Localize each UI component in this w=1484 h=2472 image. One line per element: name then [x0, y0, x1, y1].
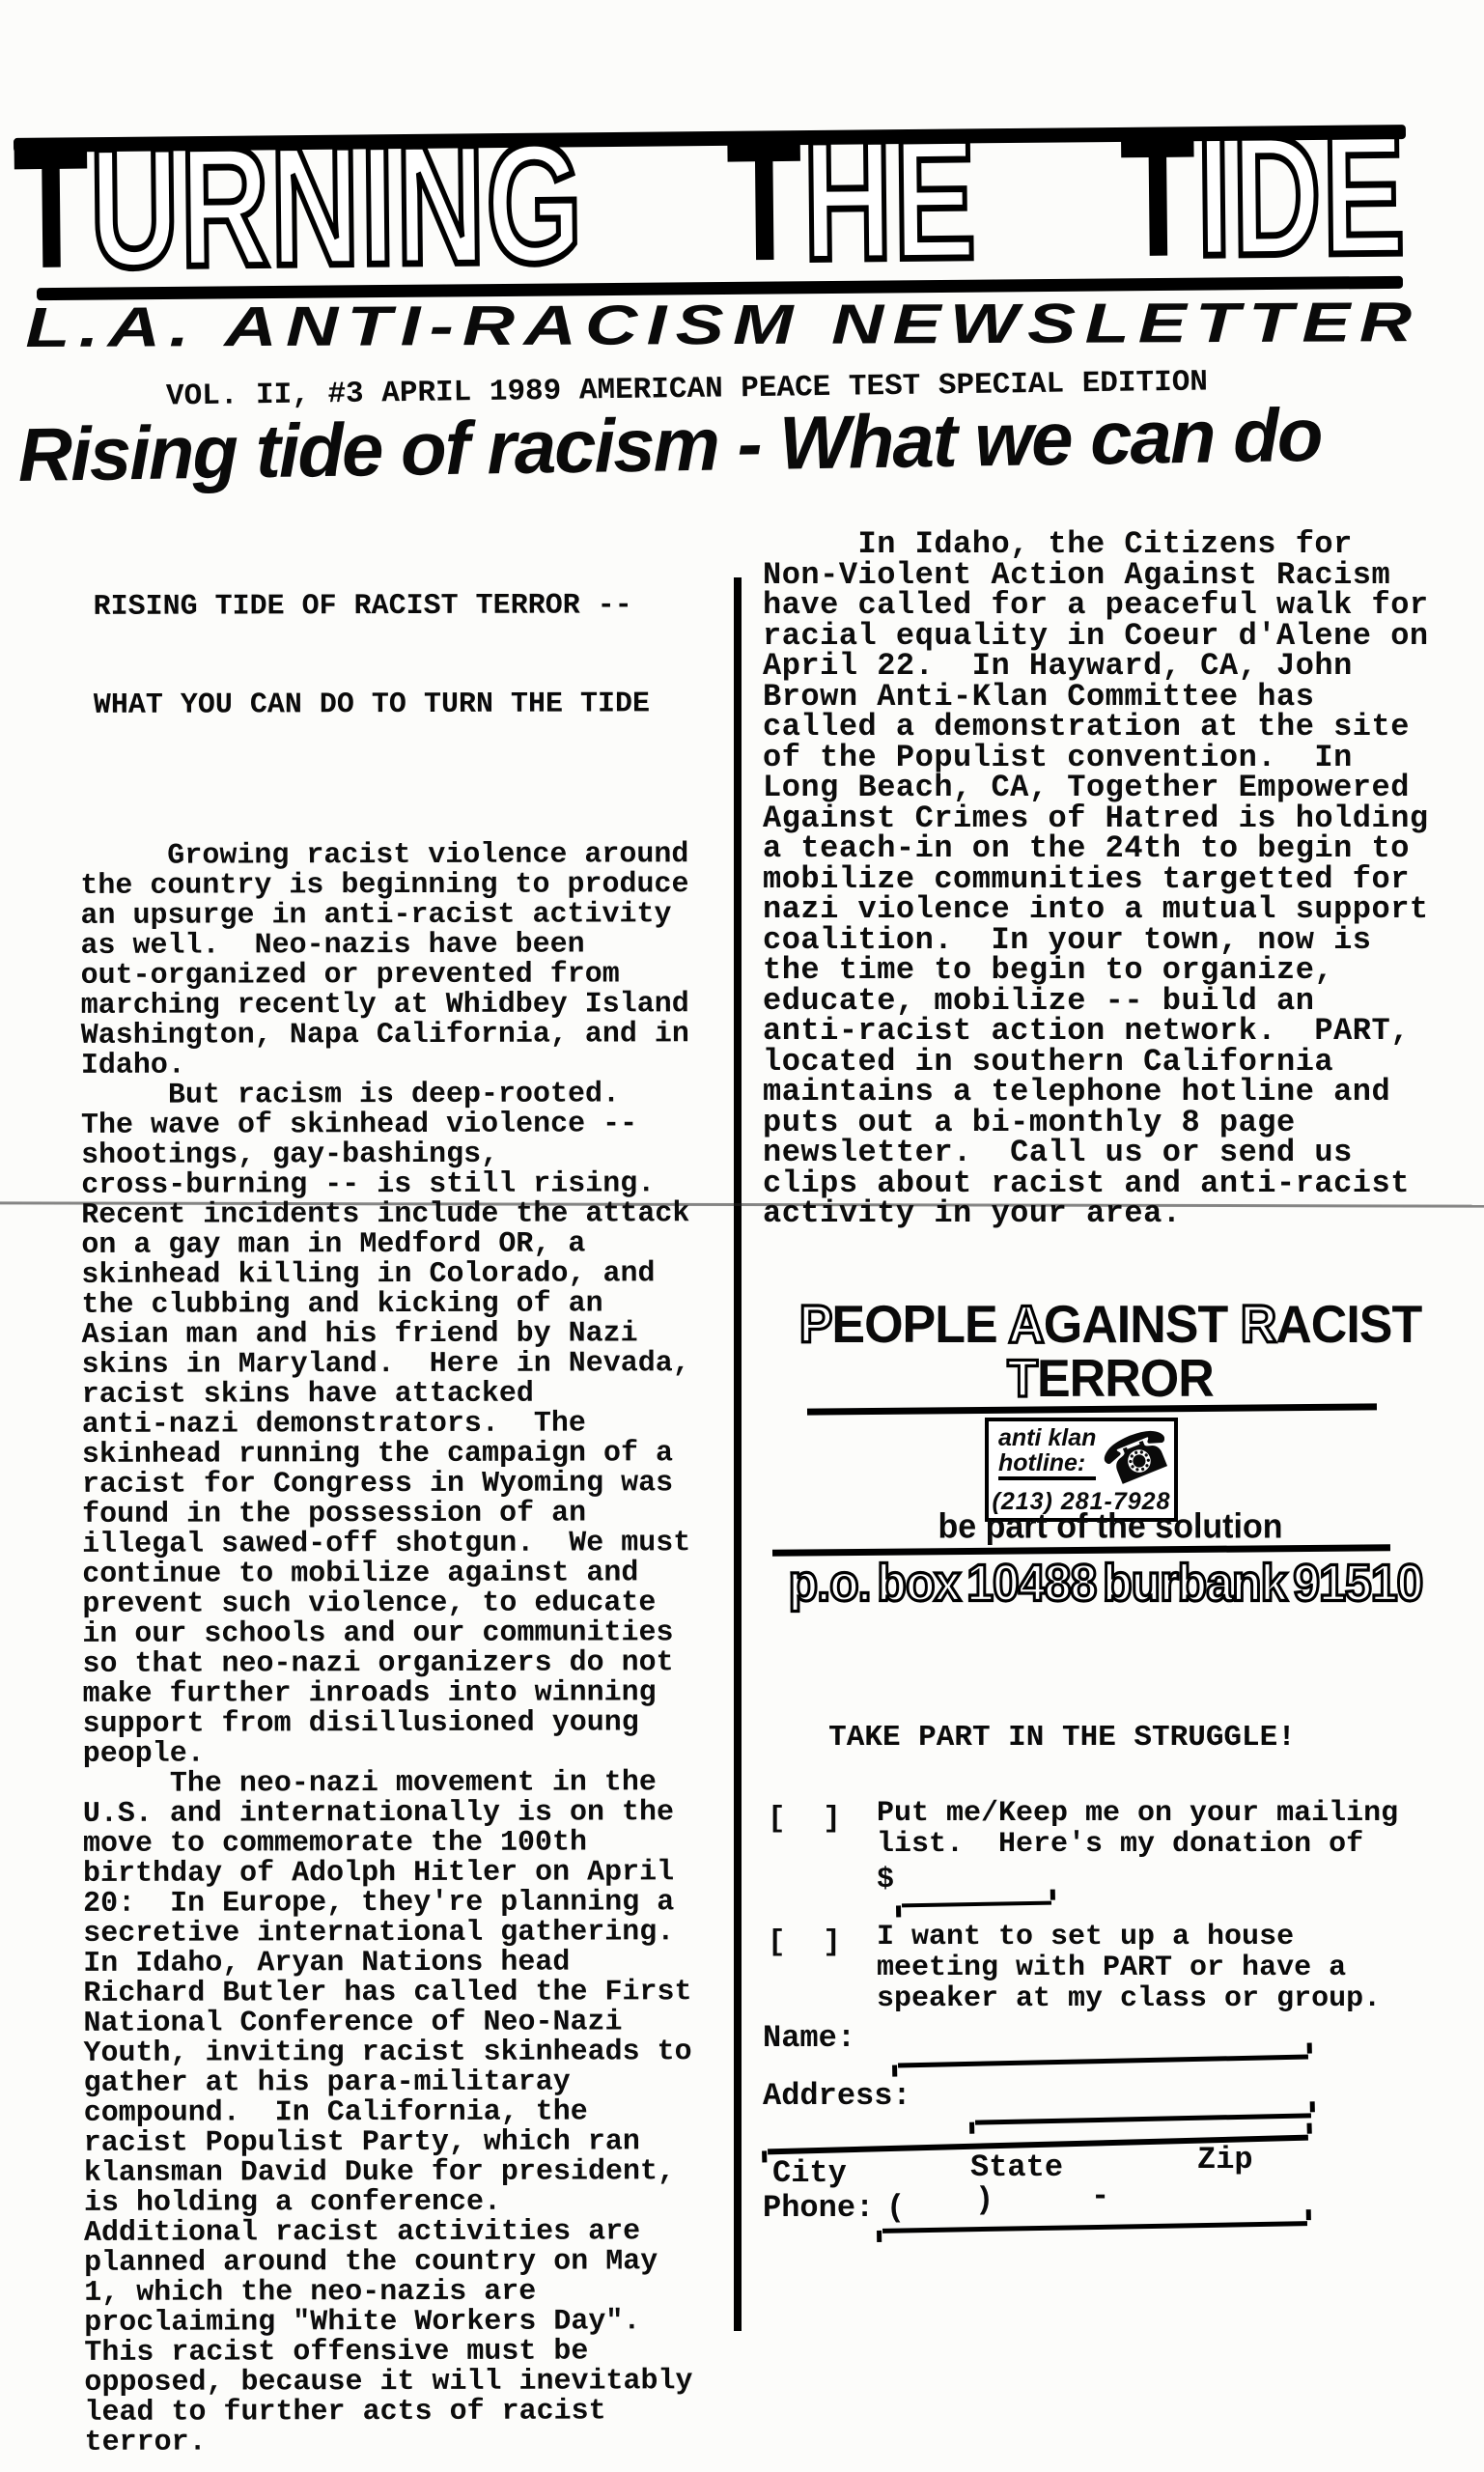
article-paragraph: But racism is deep-rooted. The wave of s… [81, 1080, 732, 1770]
mailing-list-checkbox: [ ] [768, 1802, 851, 1836]
right-column: In Idaho, the Citizens for Non-Violent A… [763, 529, 1468, 1229]
article-paragraph: Growing racist violence around the count… [80, 840, 730, 1081]
address-field [975, 2113, 1311, 2124]
article-paragraph: The neo-nazi movement in the U.S. and in… [83, 1768, 734, 2458]
form-title: TAKE PART IN THE STRUGGLE! [763, 1721, 1361, 1755]
donation-amount-label: $ [877, 1864, 894, 1896]
title-letter-solid: T [13, 114, 91, 305]
title-word: TURNING [13, 131, 584, 284]
newsletter-subtitle: L.A. ANTI-RACISM NEWSLETTER [25, 290, 1420, 360]
part-heading-line2: TERROR [763, 1349, 1458, 1410]
article-header-line1: RISING TIDE OF RACIST TERROR -- [94, 589, 729, 624]
article-header: RISING TIDE OF RACIST TERROR -- WHAT YOU… [79, 523, 729, 788]
po-box-address: p.o. box 10488 burbank 91510 [768, 1553, 1443, 1614]
left-column: RISING TIDE OF RACIST TERROR -- WHAT YOU… [79, 523, 733, 2458]
title-letters-outline: URNING [89, 108, 584, 304]
mailing-list-checkbox-label: Put me/Keep me on your mailing list. Her… [877, 1798, 1398, 1860]
title-word: THE [726, 127, 978, 277]
newsletter-page: TURNING THE TIDE L.A. ANTI-RACISM NEWSLE… [0, 0, 1484, 2472]
phone-dash: - [1091, 2178, 1109, 2214]
heading-letter-hollow: P [799, 1296, 832, 1355]
title-letters-outline: IDE [1195, 99, 1406, 293]
column-divider-rule [734, 577, 742, 2331]
house-meeting-checkbox-label: I want to set up a house meeting with PA… [877, 1922, 1381, 2014]
anti-klan-hotline-box: anti klan hotline: ☎ (213) 281-7928 [985, 1418, 1178, 1522]
heading-letter-hollow: A [1008, 1296, 1044, 1355]
newsletter-title: TURNING THE TIDE [13, 123, 1407, 284]
name-label: Name: [763, 2020, 855, 2056]
phone-field [882, 2221, 1307, 2233]
title-letter-solid: T [726, 106, 804, 297]
phone-open-paren: ( [886, 2190, 905, 2226]
hotline-label-line1: anti klan [998, 1425, 1096, 1450]
house-meeting-checkbox: [ ] [768, 1925, 851, 1959]
hotline-label-line2: hotline: [998, 1450, 1096, 1480]
article-paragraph: In Idaho, the Citizens for Non-Violent A… [763, 529, 1468, 1229]
part-heading-line1: PEOPLE AGAINST RACIST [763, 1295, 1458, 1356]
zip-label: Zip [1197, 2142, 1253, 2177]
phone-close-paren: ) [975, 2182, 994, 2218]
heading-letter-hollow: R [1241, 1296, 1276, 1355]
part-heading-word: AGAINST [1008, 1296, 1227, 1355]
donation-amount-field [902, 1901, 1051, 1908]
state-label: State [970, 2149, 1063, 2185]
address-label: Address: [763, 2078, 911, 2114]
hotline-label: anti klan hotline: [998, 1425, 1096, 1480]
title-letters-outline: HE [802, 104, 978, 296]
heading-letters-solid: GAINST [1044, 1296, 1227, 1355]
title-letter-solid: T [1119, 102, 1197, 294]
heading-letter-hollow: T [1007, 1350, 1037, 1409]
part-heading-word: PEOPLE [799, 1296, 997, 1355]
title-word: TIDE [1119, 123, 1406, 272]
part-tagline: be part of the solution [763, 1507, 1458, 1547]
article-header-line2: WHAT YOU CAN DO TO TURN THE TIDE [94, 688, 729, 722]
part-heading-word: TERROR [1007, 1350, 1214, 1409]
name-field [898, 2055, 1308, 2068]
heading-letters-solid: EOPLE [831, 1296, 996, 1355]
heading-letters-solid: ACIST [1275, 1296, 1421, 1355]
heading-letters-solid: ERROR [1037, 1350, 1214, 1409]
phone-label: Phone: [763, 2190, 874, 2226]
city-label: City [772, 2155, 847, 2191]
part-heading-word: RACIST [1241, 1296, 1422, 1355]
